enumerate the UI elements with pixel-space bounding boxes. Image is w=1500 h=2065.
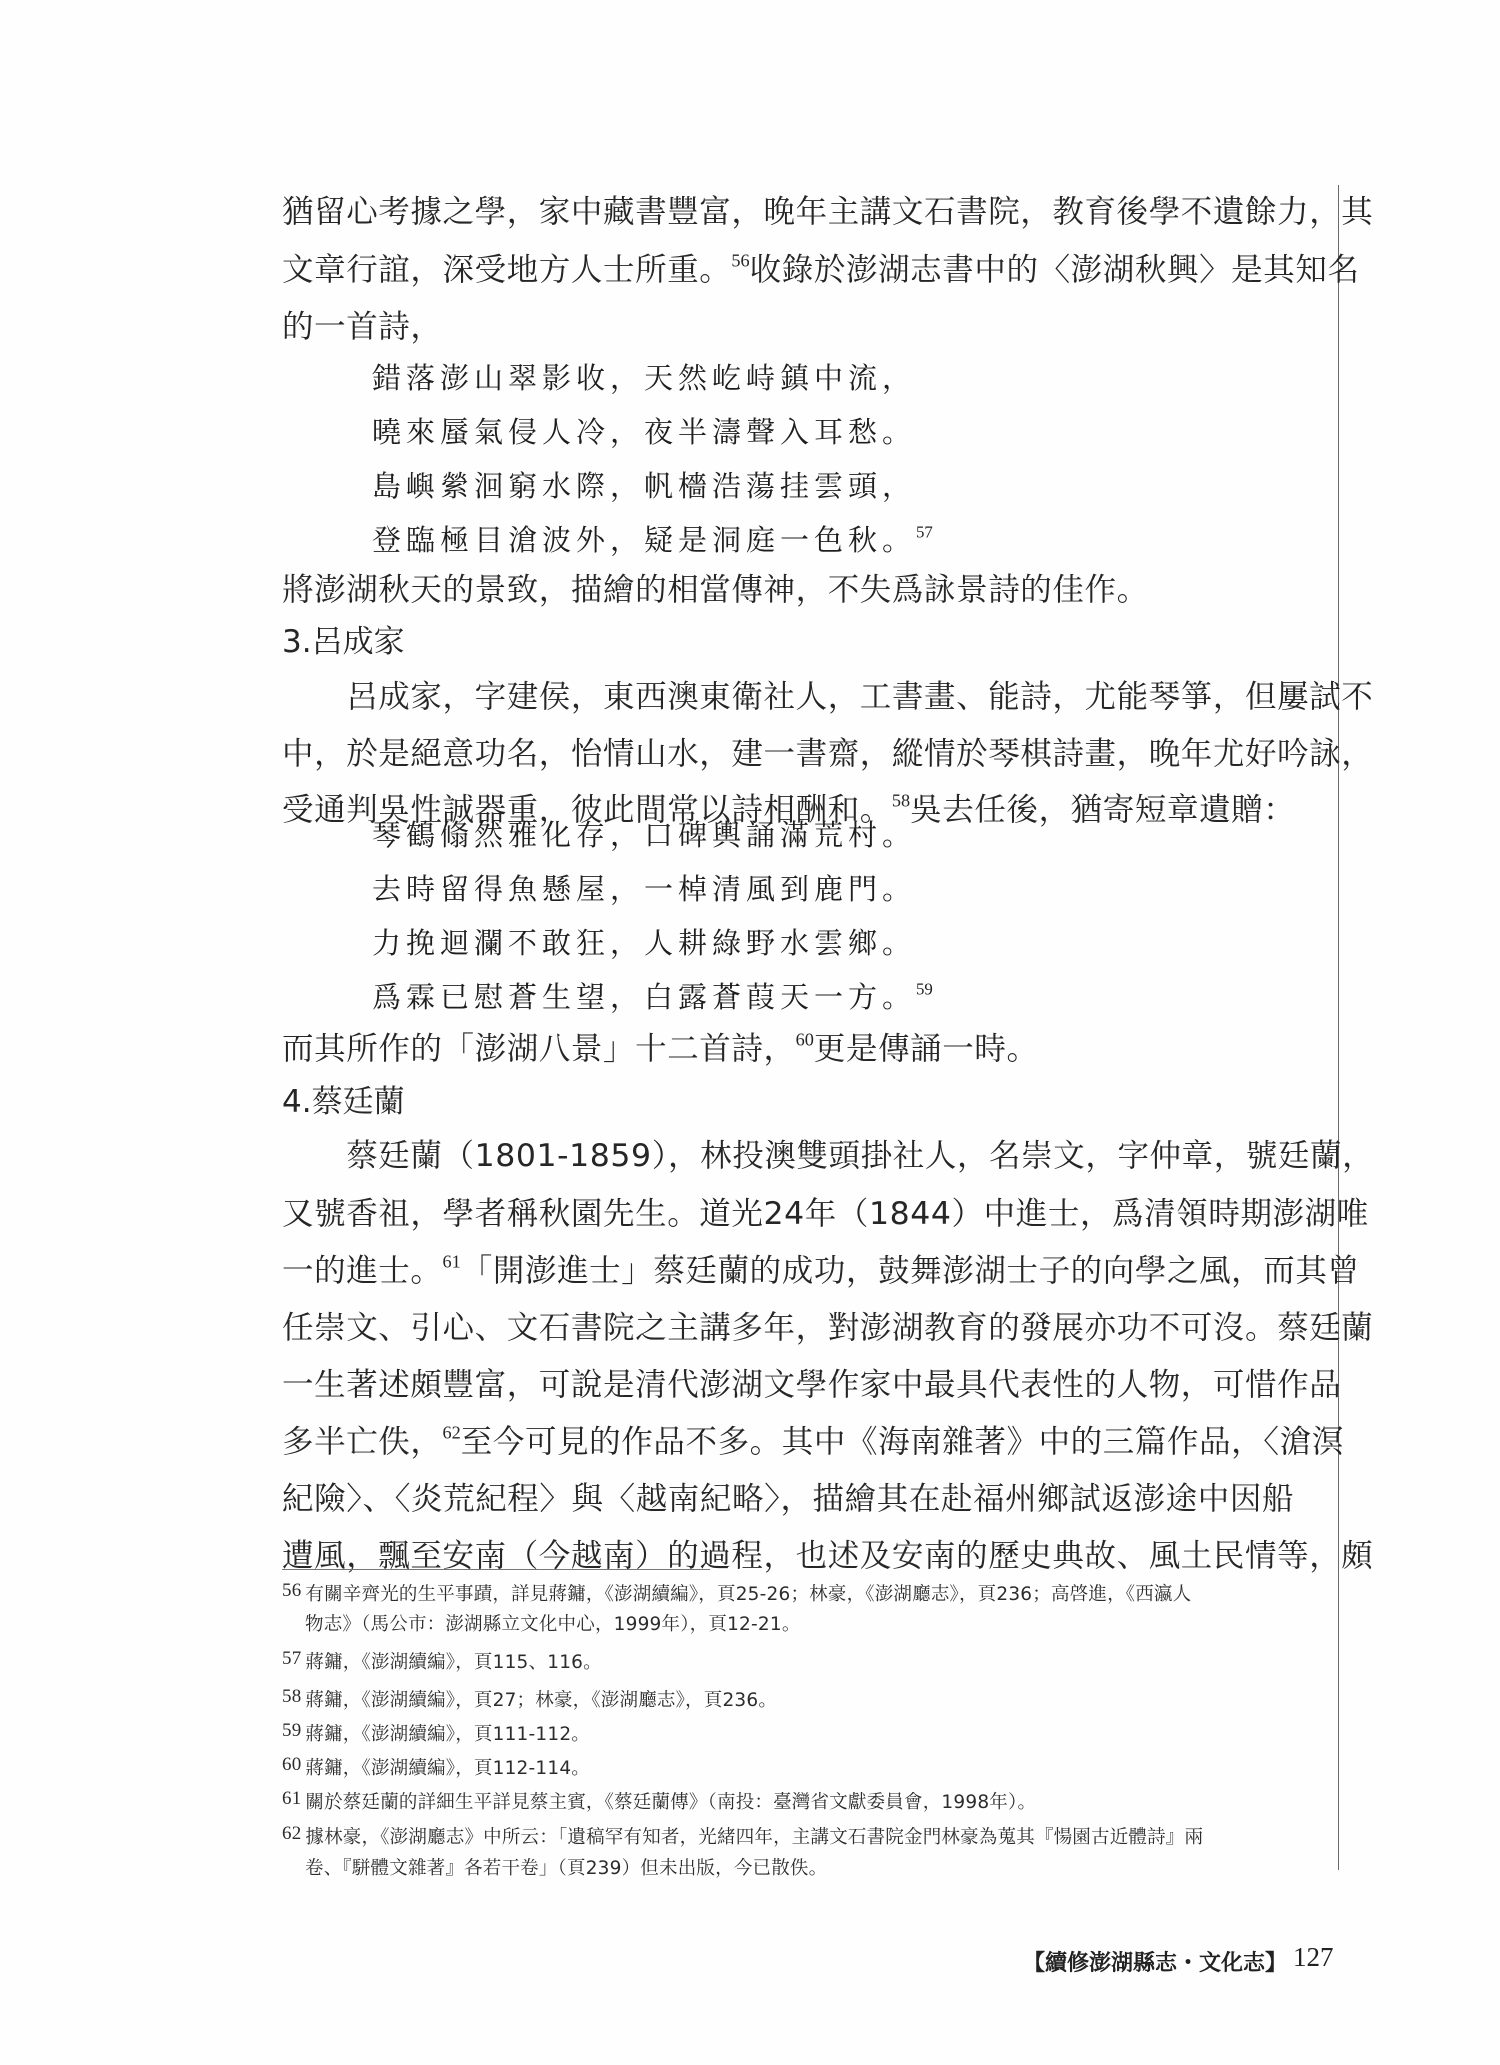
footnote: 59蔣鏞，《澎湖續編》，頁111-112。 [282, 1718, 590, 1748]
poem-line: 島嶼縈洄窮水際，帆檣浩蕩挂雲頭， [372, 466, 916, 506]
footnote-ref[interactable]: 60 [796, 1029, 814, 1049]
footnote: 56有關辛齊光的生平事蹟，詳見蔣鏞，《澎湖續編》，頁25-26；林豪，《澎湖廳志… [282, 1578, 1191, 1608]
text-line: 一生著述頗豐富，可說是清代澎湖文學作家中最具代表性的人物，可惜作品 [282, 1365, 1341, 1405]
footnote-separator [282, 1569, 710, 1570]
poem-line: 力挽迴瀾不敢狂，人耕綠野水雲鄉。 [372, 923, 916, 963]
text-line: 又號香祖，學者稱秋園先生。道光24年（1844）中進士，爲清領時期澎湖唯 [282, 1194, 1369, 1234]
poem-line: 去時留得魚懸屋，一棹清風到鹿門。 [372, 869, 916, 909]
margin-rule [1338, 185, 1339, 1870]
footnote-ref[interactable]: 61 [443, 1251, 461, 1271]
page-number: 127 [1293, 1942, 1334, 1973]
footnote: 58蔣鏞，《澎湖續編》，頁27；林豪，《澎湖廳志》，頁236。 [282, 1684, 777, 1714]
text-line: 任崇文、引心、文石書院之主講多年，對澎湖教育的發展亦功不可沒。蔡廷蘭 [282, 1308, 1373, 1348]
section-heading: 3.呂成家 [282, 622, 405, 662]
text-line: 蔡廷蘭（1801-1859），林投澳雙頭掛社人，名崇文，字仲章，號廷蘭， [282, 1136, 1374, 1176]
poem-line: 錯落澎山翠影收，天然屹峙鎮中流， [372, 358, 916, 398]
text-line: 而其所作的「澎湖八景」十二首詩，60更是傳誦一時。 [282, 1029, 1039, 1069]
footnote-ref[interactable]: 58 [892, 790, 910, 810]
text-line: 將澎湖秋天的景致，描繪的相當傳神，不失爲詠景詩的佳作。 [282, 570, 1149, 610]
poem-line: 登臨極目滄波外，疑是洞庭一色秋。57 [372, 520, 933, 560]
footnote: 60蔣鏞，《澎湖續編》，頁112-114。 [282, 1752, 590, 1782]
footnote: 61關於蔡廷蘭的詳細生平詳見蔡主賓，《蔡廷蘭傳》（南投：臺灣省文獻委員會，199… [282, 1786, 1036, 1816]
text-line: 的一首詩， [282, 307, 443, 347]
footnote-ref[interactable]: 59 [916, 979, 933, 998]
text-line: 文章行誼，深受地方人士所重。56收錄於澎湖志書中的〈澎湖秋興〉是其知名 [282, 250, 1360, 290]
footnote: 62據林豪，《澎湖廳志》中所云：「遺稿罕有知者，光緒四年，主講文石書院金門林豪為… [282, 1821, 1203, 1851]
footnote-continuation: 卷、『駢體文雜著』各若干卷」（頁239）但未出版，今已散佚。 [305, 1856, 827, 1882]
document-page: 猶留心考據之學，家中藏書豐富，晚年主講文石書院，教育後學不遺餘力，其 文章行誼，… [0, 0, 1500, 2065]
text-line: 紀險〉、〈炎荒紀程〉與〈越南紀略〉，描繪其在赴福州鄉試返澎途中因船 [282, 1479, 1294, 1519]
footnote-ref[interactable]: 62 [443, 1422, 461, 1442]
text-line: 一的進士。61「開澎進士」蔡廷蘭的成功，鼓舞澎湖士子的向學之風，而其曾 [282, 1251, 1360, 1291]
footnote: 57蔣鏞，《澎湖續編》，頁115、116。 [282, 1646, 602, 1676]
text-line: 多半亡佚，62至今可見的作品不多。其中《海南雜著》中的三篇作品，〈滄溟 [282, 1422, 1344, 1462]
poem-line: 琴鶴翛然雅化存，口碑輿誦滿荒村。 [372, 815, 916, 855]
text-line: 呂成家，字建侯，東西澳東衛社人，工書畫、能詩，尤能琴箏，但屢試不 [282, 677, 1373, 717]
text-line: 中，於是絕意功名，怡情山水，建一書齋，縱情於琴棋詩畫，晚年尤好吟詠， [282, 734, 1373, 774]
footnote-ref[interactable]: 56 [731, 250, 749, 270]
footnote-ref[interactable]: 57 [916, 522, 933, 541]
text-line: 遭風，飄至安南（今越南）的過程，也述及安南的歷史典故、風土民情等，頗 [282, 1536, 1373, 1576]
poem-line: 曉來蜃氣侵人冷，夜半濤聲入耳愁。 [372, 412, 916, 452]
text-line: 猶留心考據之學，家中藏書豐富，晚年主講文石書院，教育後學不遺餘力，其 [282, 192, 1373, 232]
footnote-continuation: 物志》（馬公市：澎湖縣立文化中心，1999年），頁12-21。 [305, 1612, 801, 1638]
poem-line: 爲霖已慰蒼生望，白露蒼葭天一方。59 [372, 977, 933, 1017]
running-title: 【續修澎湖縣志・文化志】 [1023, 1946, 1287, 1977]
section-heading: 4.蔡廷蘭 [282, 1082, 405, 1122]
